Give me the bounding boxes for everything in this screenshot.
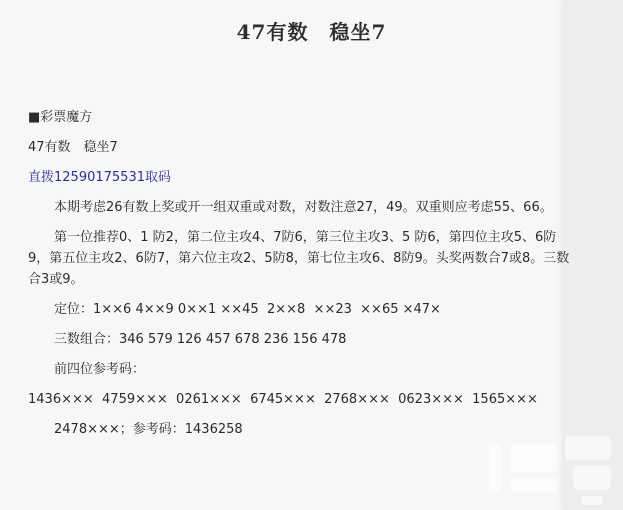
report-subtitle: 47有数 稳坐7: [28, 137, 573, 158]
watermark-shape: [510, 478, 557, 492]
watermark-shape: [489, 444, 502, 492]
position-recommendations: 第一位推荐0、1 防2，第二位主攻4、7防6，第三位主攻3、5 防6，第四位主攻…: [28, 227, 573, 290]
watermark-shape: [510, 444, 557, 472]
phone-dial-line: 直拨12590175531取码: [28, 167, 573, 188]
watermark-shape: [581, 496, 603, 505]
analysis-paragraph: 本期考虑26有数上奖或开一组双重或对数，对数注意27，49。双重则应考虑55、6…: [28, 197, 573, 218]
three-digit-combos: 三数组合：346 579 126 457 678 236 156 478: [28, 329, 573, 350]
page-title: 47有数 稳坐7: [0, 0, 623, 45]
reference-code-line: 2478×××；参考码：1436258: [28, 419, 573, 440]
document-body: ■彩票魔方 47有数 稳坐7 直拨12590175531取码 本期考虑26有数上…: [0, 107, 623, 440]
front-four-codes: 1436××× 4759××× 0261××× 6745××× 2768××× …: [28, 389, 573, 410]
document-page: 47有数 稳坐7 ■彩票魔方 47有数 稳坐7 直拨12590175531取码 …: [0, 0, 623, 510]
watermark-shape: [573, 466, 611, 490]
site-logo-watermark-icon: [489, 434, 617, 506]
dingwei-line: 定位：1××6 4××9 0××1 ××45 2××8 ××23 ××65 ×4…: [28, 299, 573, 320]
section-marker: ■彩票魔方: [28, 107, 573, 128]
front-four-label: 前四位参考码：: [28, 359, 573, 380]
